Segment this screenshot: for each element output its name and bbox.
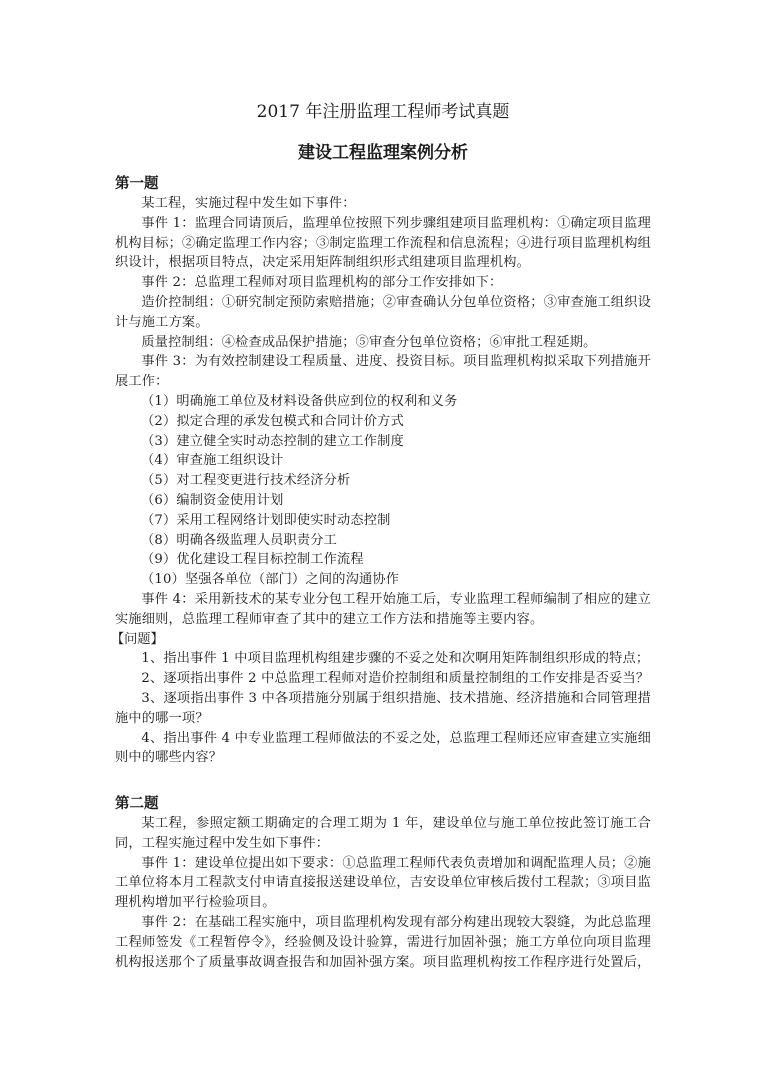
- document-title: 2017 年注册监理工程师考试真题: [115, 100, 651, 124]
- quality-control-group-paragraph: 质量控制组：④检查成品保护措施；⑤审查分包单位资格；⑥审批工程延期。: [115, 333, 651, 353]
- list-item: （1）明确施工单位及材料设备供应到位的权利和义务: [115, 392, 651, 412]
- list-item: （7）采用工程网络计划即使实时动态控制: [115, 511, 651, 531]
- intro-paragraph: 某工程，参照定额工期确定的合理工期为 1 年，建设单位与施工单位按此签订施工合同…: [115, 814, 651, 854]
- list-item: （2）拟定合理的承发包模式和合同计价方式: [115, 412, 651, 432]
- cost-control-group-paragraph: 造价控制组：①研究制定预防索赔措施；②审查确认分包单位资格；③审查施工组织设计与…: [115, 293, 651, 333]
- event-3-paragraph: 事件 3：为有效控制建设工程质量、进度、投资目标。项目监理机构拟采取下列措施开展…: [115, 352, 651, 392]
- list-item: （5）对工程变更进行技术经济分析: [115, 471, 651, 491]
- questions-heading: 【问题】: [115, 630, 651, 650]
- event-2-paragraph: 事件 2：总监理工程师对项目监理机构的部分工作安排如下：: [115, 273, 651, 293]
- event-1-paragraph: 事件 1：监理合同请顶后，监理单位按照下列步骤组建项目监理机构：①确定项目监理机…: [115, 214, 651, 273]
- measures-list: （1）明确施工单位及材料设备供应到位的权利和义务 （2）拟定合理的承发包模式和合…: [115, 392, 651, 590]
- list-item: （10）坚强各单位（部门）之间的沟通协作: [115, 570, 651, 590]
- list-item: （4）审查施工组织设计: [115, 451, 651, 471]
- event-1-paragraph: 事件 1：建设单位提出如下要求：①总监理工程师代表负责增加和调配监理人员；②施工…: [115, 854, 651, 913]
- question-item: 2、逐项指出事件 2 中总监理工程师对造价控制组和质量控制组的工作安排是否妥当？: [115, 669, 651, 689]
- question-section-2: 第二题 某工程，参照定额工期确定的合理工期为 1 年，建设单位与施工单位按此签订…: [115, 794, 651, 972]
- list-item: （9）优化建设工程目标控制工作流程: [115, 550, 651, 570]
- event-2-paragraph: 事件 2：在基础工程实施中，项目监理机构发现有部分构建出现较大裂缝，为此总监理工…: [115, 913, 651, 972]
- question-item: 4、指出事件 4 中专业监理工程师做法的不妥之处，总监理工程师还应审查建立实施细…: [115, 729, 651, 769]
- list-item: （6）编制资金使用计划: [115, 491, 651, 511]
- list-item: （3）建立健全实时动态控制的建立工作制度: [115, 432, 651, 452]
- question-item: 1、指出事件 1 中项目监理机构组建步骤的不妥之处和次啊用矩阵制组织形成的特点；: [115, 649, 651, 669]
- questions-list: 1、指出事件 1 中项目监理机构组建步骤的不妥之处和次啊用矩阵制组织形成的特点；…: [115, 649, 651, 768]
- section-heading: 第一题: [115, 174, 651, 194]
- question-section-1: 第一题 某工程，实施过程中发生如下事件： 事件 1：监理合同请顶后，监理单位按照…: [115, 174, 651, 768]
- intro-paragraph: 某工程，实施过程中发生如下事件：: [115, 194, 651, 214]
- question-item: 3、逐项指出事件 3 中各项措施分别属于组织措施、技术措施、经济措施和合同管理措…: [115, 689, 651, 729]
- event-4-paragraph: 事件 4：采用新技术的某专业分包工程开始施工后，专业监理工程师编制了相应的建立实…: [115, 590, 651, 630]
- section-heading: 第二题: [115, 794, 651, 814]
- document-subtitle: 建设工程监理案例分析: [115, 141, 651, 165]
- list-item: （8）明确各级监理人员职责分工: [115, 531, 651, 551]
